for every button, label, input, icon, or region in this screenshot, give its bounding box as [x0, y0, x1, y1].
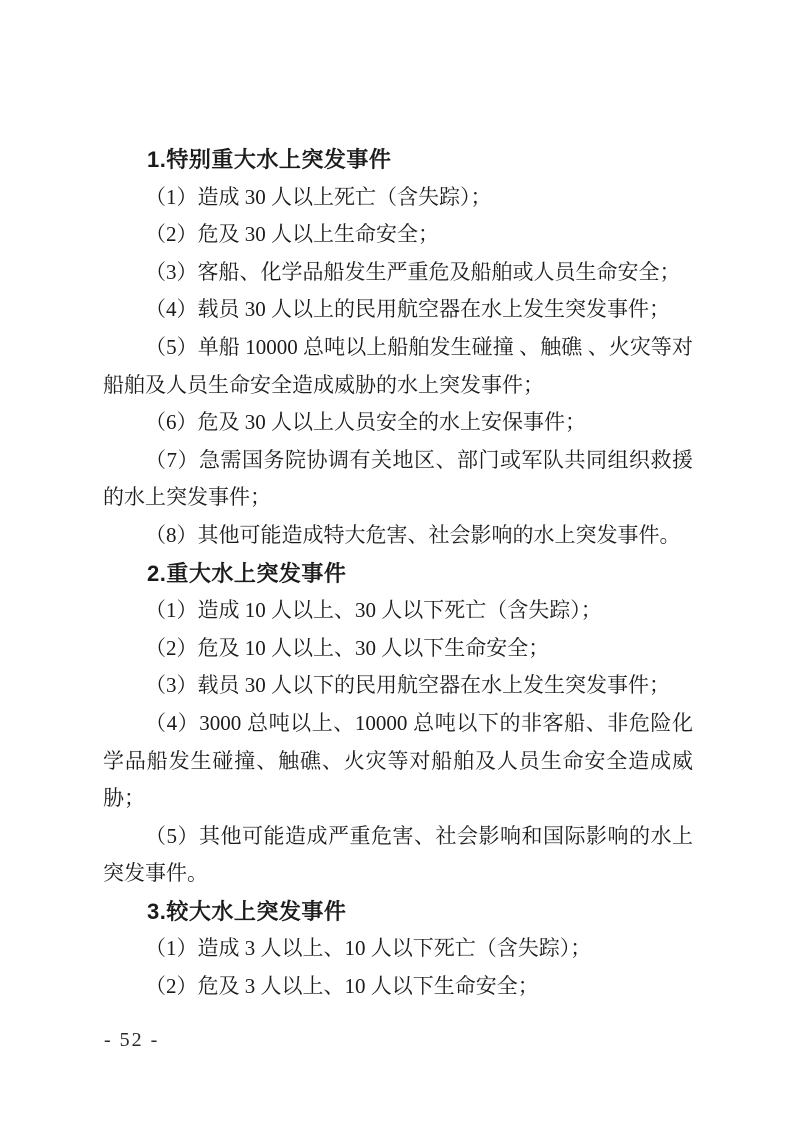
section-2-item-1: （1）造成 10 人以上、30 人以下死亡（含失踪）； — [103, 592, 693, 630]
section-1-item-2: （2）危及 30 人以上生命安全； — [103, 216, 693, 254]
section-1-item-4: （4）载员 30 人以上的民用航空器在水上发生突发事件； — [103, 291, 693, 329]
section-1-item-3: （3）客船、化学品船发生严重危及船舶或人员生命安全； — [103, 254, 693, 292]
section-1-heading: 1.特别重大水上突发事件 — [103, 141, 693, 179]
section-3-item-2: （2）危及 3 人以上、10 人以下生命安全； — [103, 968, 693, 1006]
section-1-item-1: （1）造成 30 人以上死亡（含失踪）； — [103, 179, 693, 217]
section-2-item-3: （3）载员 30 人以下的民用航空器在水上发生突发事件； — [103, 667, 693, 705]
section-2-item-5: （5）其他可能造成严重危害、社会影响和国际影响的水上突发事件。 — [103, 818, 693, 893]
page-number: - 52 - — [104, 1027, 159, 1053]
document-page: 1.特别重大水上突发事件 （1）造成 30 人以上死亡（含失踪）； （2）危及 … — [0, 0, 793, 1122]
document-body: 1.特别重大水上突发事件 （1）造成 30 人以上死亡（含失踪）； （2）危及 … — [103, 141, 693, 1006]
section-1-item-7: （7）急需国务院协调有关地区、部门或军队共同组织救援的水上突发事件； — [103, 442, 693, 517]
section-2-item-2: （2）危及 10 人以上、30 人以下生命安全； — [103, 630, 693, 668]
section-3-item-1: （1）造成 3 人以上、10 人以下死亡（含失踪）； — [103, 930, 693, 968]
section-1-item-5: （5）单船 10000 总吨以上船舶发生碰撞 、触礁 、火灾等对船舶及人员生命安… — [103, 329, 693, 404]
section-2-item-4: （4）3000 总吨以上、10000 总吨以下的非客船、非危险化学品船发生碰撞、… — [103, 705, 693, 818]
section-3-heading: 3.较大水上突发事件 — [103, 893, 693, 931]
section-1-item-6: （6）危及 30 人以上人员安全的水上安保事件； — [103, 404, 693, 442]
section-1-item-8: （8）其他可能造成特大危害、社会影响的水上突发事件。 — [103, 517, 693, 555]
section-2-heading: 2.重大水上突发事件 — [103, 555, 693, 593]
